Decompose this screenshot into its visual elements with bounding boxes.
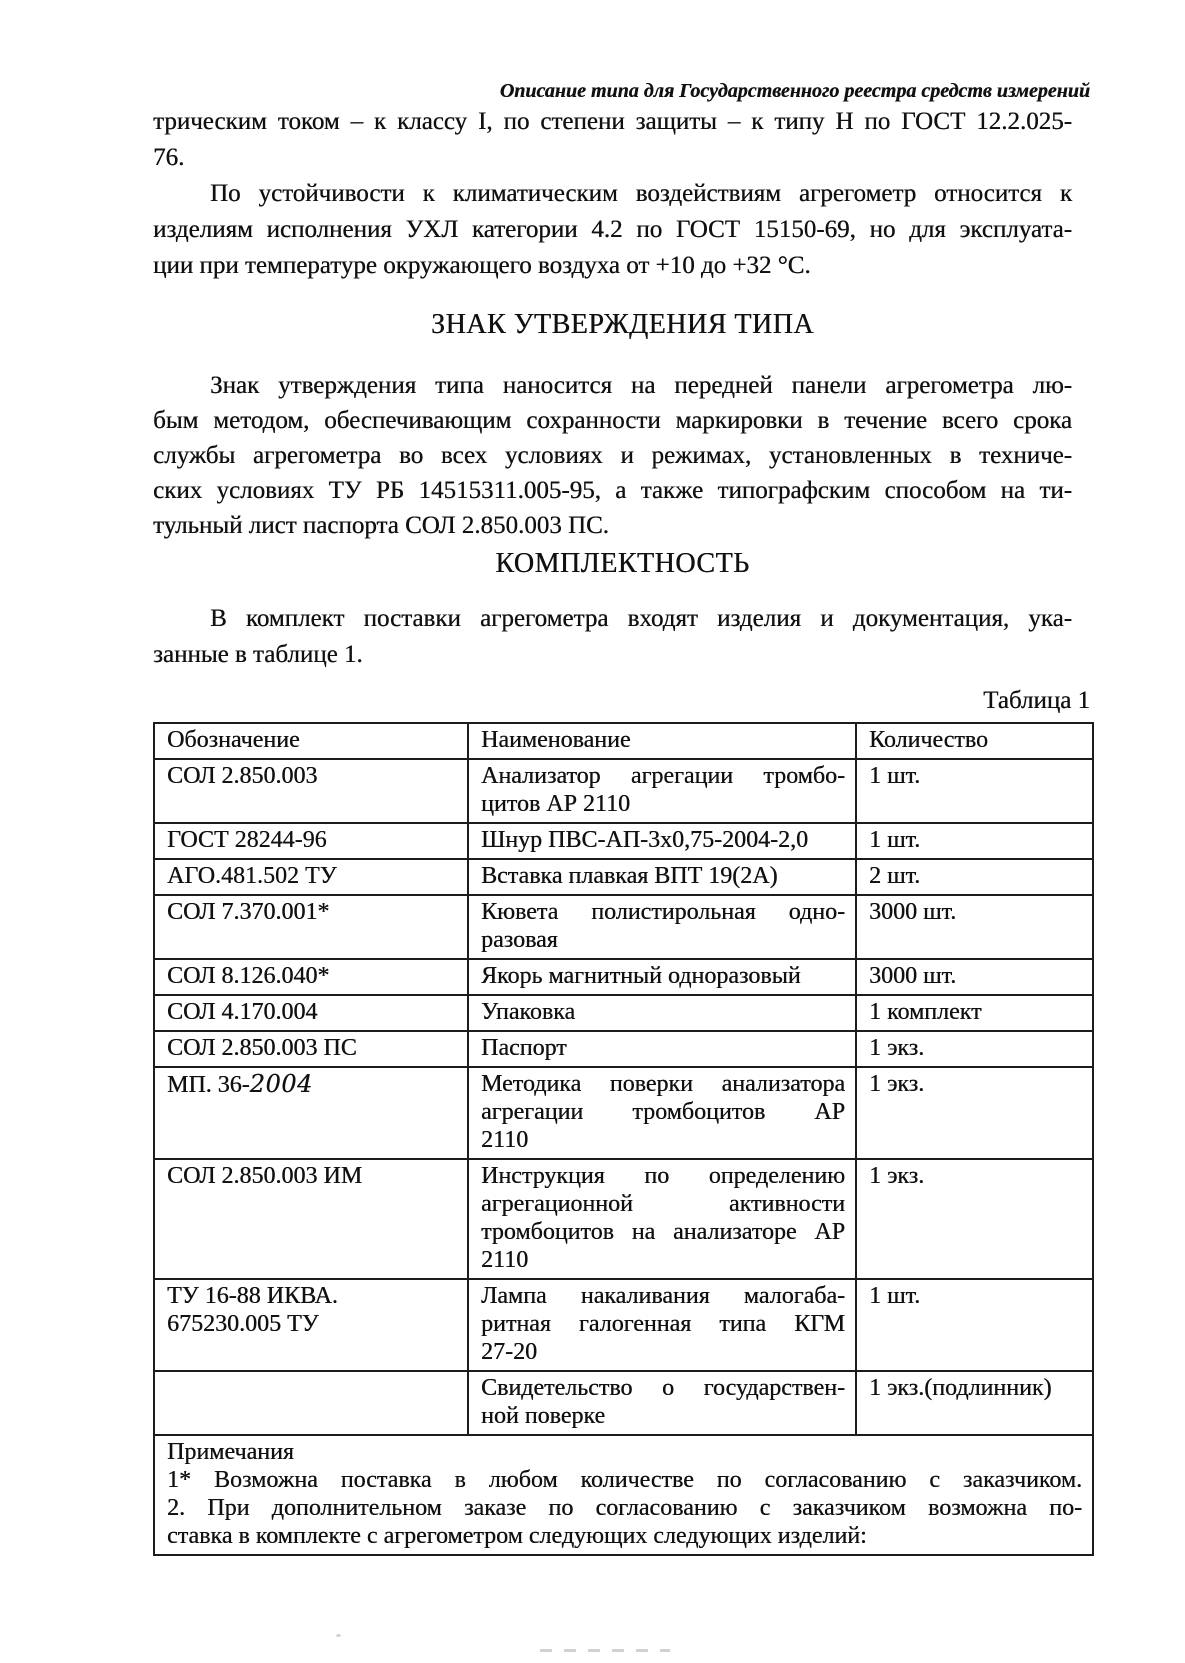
delivery-set-paragraph: В комплект поставки агрегометра входят и… [153,601,1092,673]
designation-cell: СОЛ 2.850.003 [154,759,468,823]
designation-line: СОЛ 2.850.003 [167,762,457,790]
table-row: СОЛ 2.850.003 ИМИнструкция по определени… [154,1159,1093,1279]
note-line: Примечания [167,1438,1082,1466]
table-row: СОЛ 8.126.040*Якорь магнитный одноразовы… [154,959,1093,995]
designation-line: ГОСТ 28244-96 [167,826,457,854]
text-line: 76. [153,140,1072,176]
name-line: Якорь магнитный одноразовый [481,962,845,990]
delivery-set-table: Обозначение Наименование Количество СОЛ … [153,722,1094,1556]
text-line: В комплект поставки агрегометра входят и… [153,601,1072,637]
text-line: тульный лист паспорта СОЛ 2.850.003 ПС. [153,508,1072,543]
table-row: ГОСТ 28244-96Шнур ПВС-АП-3х0,75-2004-2,0… [154,823,1093,859]
quantity-cell: 3000 шт. [856,895,1093,959]
intro-paragraph: трическим током – к классу I, по степени… [153,104,1092,176]
note-line: ставка в комплекте с агрегометром следую… [167,1522,1082,1550]
column-header-quantity: Количество [856,723,1093,759]
name-line: ритная галогенная типа КГМ [481,1310,845,1338]
table-head: Обозначение Наименование Количество [154,723,1093,759]
name-cell: Инструкция по определениюагрегационной а… [468,1159,856,1279]
name-line: Свидетельство о государствен- [481,1374,845,1402]
designation-line: 675230.005 ТУ [167,1310,457,1338]
table-caption: Таблица 1 [153,687,1092,715]
text-line: службы агрегометра во всех условиях и ре… [153,438,1072,473]
name-line: цитов АР 2110 [481,790,845,818]
table-row: СОЛ 4.170.004Упаковка1 комплект [154,995,1093,1031]
designation-line: МП. 36-2004 [167,1070,457,1099]
designation-cell: СОЛ 8.126.040* [154,959,468,995]
designation-line: ТУ 16-88 ИКВА. [167,1282,457,1310]
scan-speck-artifact [336,1634,341,1637]
table-row: СОЛ 2.850.003Анализатор агрегации тромбо… [154,759,1093,823]
section-title-type-approval-mark: ЗНАК УТВЕРЖДЕНИЯ ТИПА [153,308,1092,342]
designation-cell: СОЛ 2.850.003 ПС [154,1031,468,1067]
name-line: Шнур ПВС-АП-3х0,75-2004-2,0 [481,826,845,854]
name-line: Паспорт [481,1034,845,1062]
designation-cell: АГО.481.502 ТУ [154,859,468,895]
designation-line: СОЛ 2.850.003 ПС [167,1034,457,1062]
quantity-cell: 3000 шт. [856,959,1093,995]
quantity-cell: 1 шт. [856,1279,1093,1371]
name-line: Упаковка [481,998,845,1026]
designation-cell [154,1371,468,1435]
name-cell: Анализатор агрегации тромбо-цитов АР 211… [468,759,856,823]
designation-cell: ГОСТ 28244-96 [154,823,468,859]
table-row: СОЛ 7.370.001*Кювета полистирольная одно… [154,895,1093,959]
designation-line: СОЛ 4.170.004 [167,998,457,1026]
name-line: разовая [481,926,845,954]
notes-cell: Примечания1* Возможна поставка в любом к… [154,1435,1093,1555]
name-line: Вставка плавкая ВПТ 19(2А) [481,862,845,890]
column-header-designation: Обозначение [154,723,468,759]
quantity-cell: 1 экз. [856,1031,1093,1067]
name-cell: Свидетельство о государствен-ной поверке [468,1371,856,1435]
quantity-cell: 1 шт. [856,823,1093,859]
name-cell: Вставка плавкая ВПТ 19(2А) [468,859,856,895]
text-line: изделиям исполнения УХЛ категории 4.2 по… [153,212,1072,248]
quantity-cell: 1 шт. [856,759,1093,823]
name-cell: Методика поверки анализатораагрегации тр… [468,1067,856,1159]
document-page: { "colors": { "ink": "#111111", "paper":… [0,0,1185,1663]
name-cell: Шнур ПВС-АП-3х0,75-2004-2,0 [468,823,856,859]
designation-cell: СОЛ 4.170.004 [154,995,468,1031]
name-line: Инструкция по определению [481,1162,845,1190]
designation-cell: ТУ 16-88 ИКВА.675230.005 ТУ [154,1279,468,1371]
table-notes-row: Примечания1* Возможна поставка в любом к… [154,1435,1093,1555]
designation-line: СОЛ 8.126.040* [167,962,457,990]
table-body: СОЛ 2.850.003Анализатор агрегации тромбо… [154,759,1093,1555]
designation-line: СОЛ 2.850.003 ИМ [167,1162,457,1190]
name-line: 2110 [481,1246,845,1274]
quantity-cell: 1 экз.(подлинник) [856,1371,1093,1435]
note-line: 2. При дополнительном заказе по согласов… [167,1494,1082,1522]
name-line: агрегационной активности [481,1190,845,1218]
name-line: Кювета полистирольная одно- [481,898,845,926]
handwritten-year: 2004 [250,1070,313,1098]
text-line: трическим током – к классу I, по степени… [153,104,1072,140]
table-row: МП. 36-2004Методика поверки анализатораа… [154,1067,1093,1159]
text-line: Знак утверждения типа наносится на перед… [153,368,1072,403]
name-line: Анализатор агрегации тромбо- [481,762,845,790]
name-line: Лампа накаливания малогаба- [481,1282,845,1310]
quantity-cell: 1 экз. [856,1067,1093,1159]
table-row: Свидетельство о государствен-ной поверке… [154,1371,1093,1435]
name-line: Методика поверки анализатора [481,1070,845,1098]
name-cell: Лампа накаливания малогаба-ритная галоге… [468,1279,856,1371]
climate-resistance-paragraph: По устойчивости к климатическим воздейст… [153,176,1092,284]
table-header-row: Обозначение Наименование Количество [154,723,1093,759]
designation-cell: СОЛ 7.370.001* [154,895,468,959]
name-line: 2110 [481,1126,845,1154]
name-line: ной поверке [481,1402,845,1430]
designation-line: СОЛ 7.370.001* [167,898,457,926]
quantity-cell: 1 комплект [856,995,1093,1031]
name-line: агрегации тромбоцитов АР [481,1098,845,1126]
table-row: АГО.481.502 ТУВставка плавкая ВПТ 19(2А)… [154,859,1093,895]
designation-line: АГО.481.502 ТУ [167,862,457,890]
note-line: 1* Возможна поставка в любом количестве … [167,1466,1082,1494]
name-line: тромбоцитов на анализаторе АР [481,1218,845,1246]
page-content: Описание типа для Государственного реест… [153,80,1092,1556]
name-cell: Паспорт [468,1031,856,1067]
table-row: ТУ 16-88 ИКВА.675230.005 ТУЛампа накалив… [154,1279,1093,1371]
column-header-name: Наименование [468,723,856,759]
text-line: занные в таблице 1. [153,637,1072,673]
name-line: 27-20 [481,1338,845,1366]
quantity-cell: 2 шт. [856,859,1093,895]
running-header-note: Описание типа для Государственного реест… [153,80,1092,102]
type-approval-paragraph: Знак утверждения типа наносится на перед… [153,368,1092,543]
scan-dash-artifact [540,1649,670,1652]
text-line: ции при температуре окружающего воздуха … [153,248,1072,284]
quantity-cell: 1 экз. [856,1159,1093,1279]
name-cell: Упаковка [468,995,856,1031]
text-line: По устойчивости к климатическим воздейст… [153,176,1072,212]
designation-cell: СОЛ 2.850.003 ИМ [154,1159,468,1279]
table-row: СОЛ 2.850.003 ПСПаспорт1 экз. [154,1031,1093,1067]
text-line: бым методом, обеспечивающим сохранности … [153,403,1072,438]
name-cell: Кювета полистирольная одно-разовая [468,895,856,959]
name-cell: Якорь магнитный одноразовый [468,959,856,995]
text-line: ских условиях ТУ РБ 14515311.005-95, а т… [153,473,1072,508]
designation-cell: МП. 36-2004 [154,1067,468,1159]
section-title-completeness: КОМПЛЕКТНОСТЬ [153,547,1092,581]
